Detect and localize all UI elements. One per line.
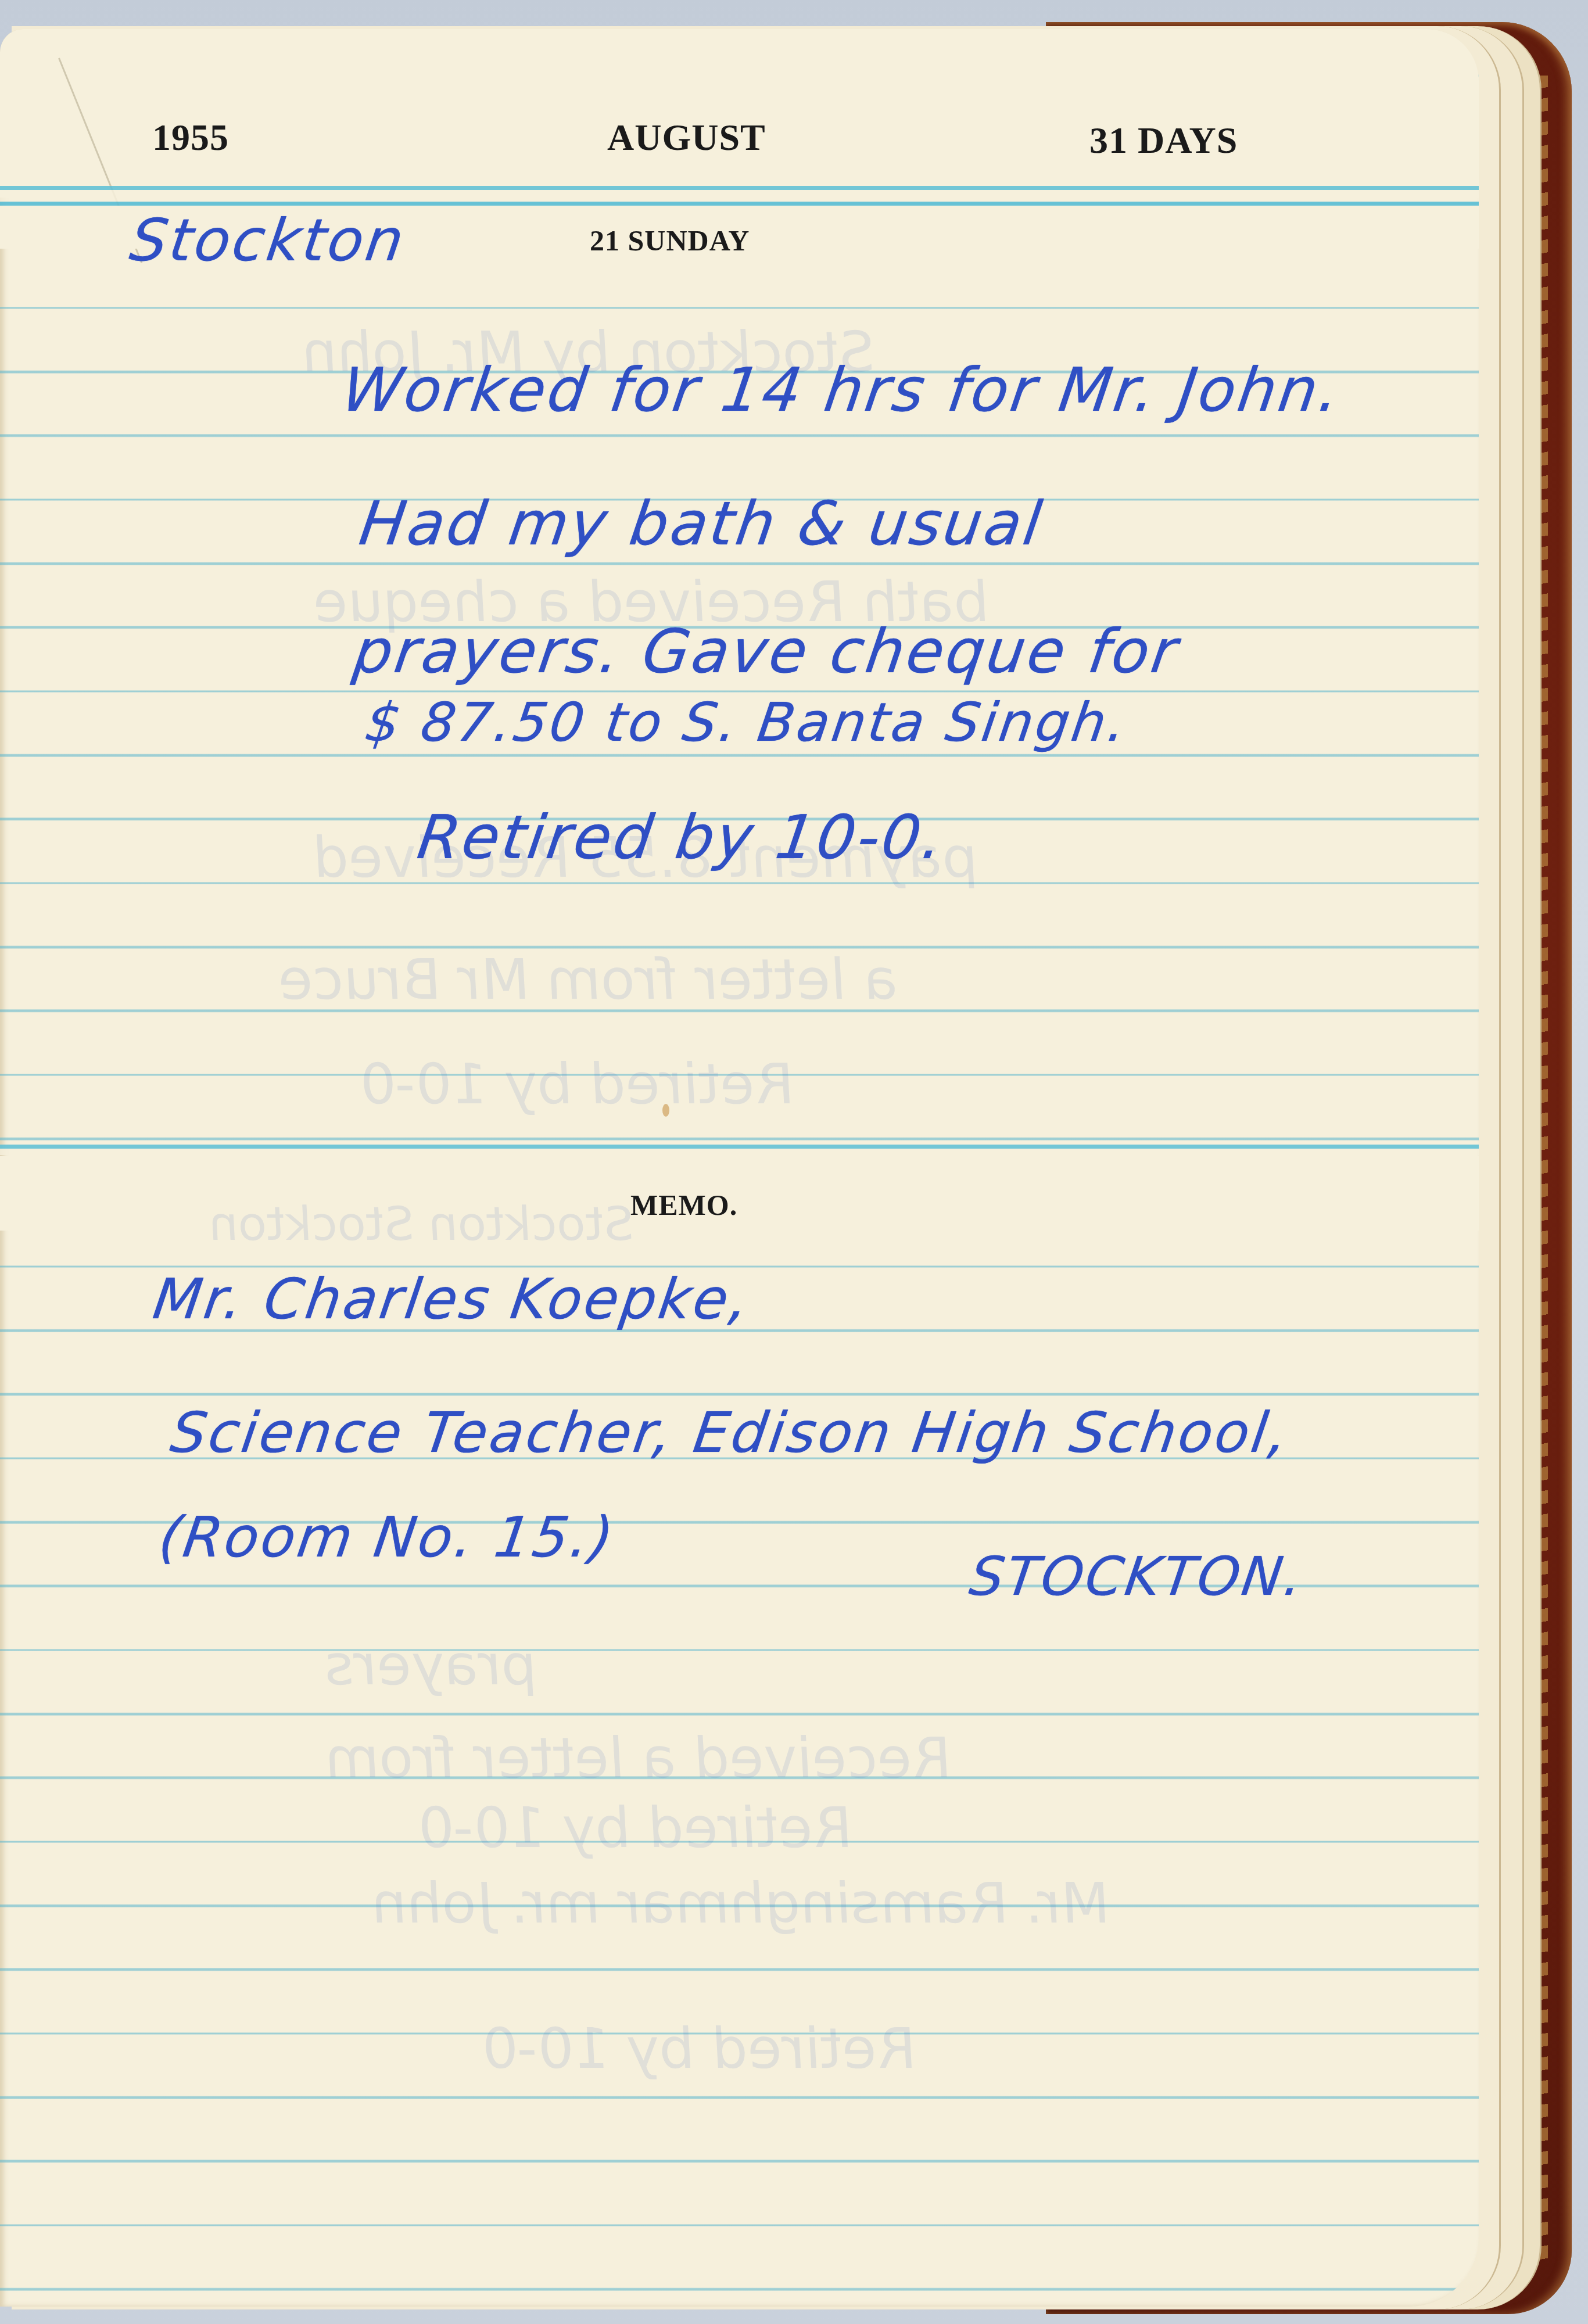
ink-spot — [662, 1104, 669, 1117]
bleed-through-text: Received a letter from — [321, 1726, 955, 1791]
memo-line: Science Teacher, Edison High School, — [167, 1400, 1294, 1465]
bleed-through-text: a letter from Mr Bruce — [274, 947, 903, 1012]
location-handwritten: Stockton — [126, 206, 410, 274]
entry-line: $ 87.50 to S. Banta Singh. — [361, 691, 1132, 754]
header-double-rule — [0, 186, 1479, 206]
entry-line: Had my bath & usual — [355, 488, 1048, 559]
entry-line: Worked for 14 hrs for Mr. John. — [338, 354, 1346, 425]
date-label: 21 SUNDAY — [590, 224, 750, 257]
header-area — [0, 29, 1479, 198]
year-label: 1955 — [152, 116, 229, 159]
bleed-through-text: prayers — [321, 1633, 542, 1698]
bleed-through-text: Retired by 10-0 — [414, 1795, 856, 1860]
bleed-through-text: Retired by 10-0 — [356, 1052, 798, 1117]
memo-line: (Room No. 15.) — [155, 1505, 619, 1570]
memo-line: Mr. Charles Koepke, — [149, 1267, 755, 1332]
memo-divider — [0, 1145, 1479, 1155]
memo-line: STOCKTON. — [966, 1545, 1308, 1608]
entry-line: prayers. Gave cheque for — [349, 616, 1184, 687]
bleed-through-text: Stockton Stockton — [205, 1197, 637, 1251]
days-in-month-label: 31 DAYS — [1089, 119, 1238, 162]
month-label: AUGUST — [607, 116, 766, 159]
diary-page: 1955 AUGUST 31 DAYS Stockton 21 SUNDAY S… — [0, 29, 1479, 2307]
bleed-through-text: Mr. Ramsinghmar mr. John — [367, 1871, 1114, 1936]
bleed-through-text: Retired by 10-0 — [478, 2016, 920, 2081]
memo-label: MEMO. — [630, 1188, 737, 1222]
entry-line: Retired by 10-0. — [413, 802, 949, 873]
